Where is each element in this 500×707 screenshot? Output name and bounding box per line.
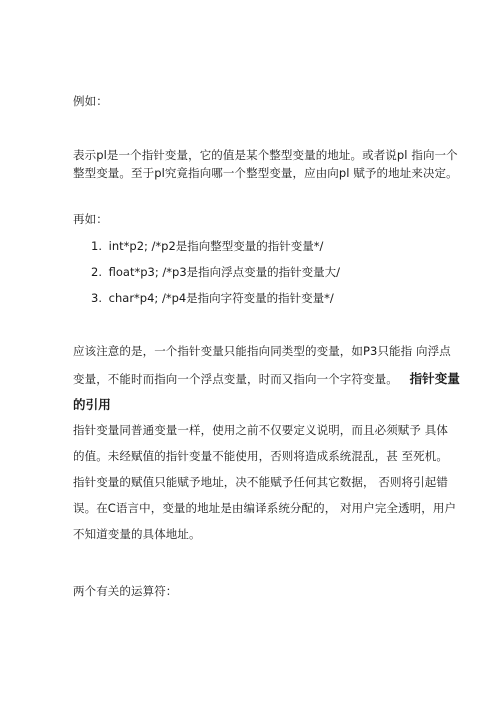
example2-label: 再如： [73, 211, 108, 227]
code-text: char*p4; /*p4是指向字符变量的指针变量*/ [109, 291, 334, 305]
paragraph-line: 不知道变量的具体地址。 [73, 526, 201, 542]
code-text: int*p2; /*p2是指向整型变量的指针变量*/ [109, 239, 324, 253]
list-number: 1. [91, 239, 105, 253]
paragraph-text: 变量，不能时而指向一个浮点变量，时而又指向一个字符变量。 [73, 372, 398, 386]
operators-label: 两个有关的运算符： [73, 583, 177, 599]
paragraph-line: 指针变量的赋值只能赋予地址，决不能赋予任何其它数据， 否则将引起错 [73, 474, 448, 490]
paragraph-line: 的值。未经赋值的指针变量不能使用，否则将造成系统混乱，甚 至死机。 [73, 448, 448, 464]
paragraph-line: 表示pl是一个指针变量，它的值是某个整型变量的地址。或者说pl 指向一个 [73, 147, 458, 163]
list-item: 3. char*p4; /*p4是指向字符变量的指针变量*/ [91, 290, 334, 306]
list-number: 3. [91, 291, 105, 305]
paragraph-line: 应该注意的是，一个指针变量只能指向同类型的变量，如P3只能指 向浮点 [73, 343, 451, 359]
paragraph-line: 指针变量同普通变量一样，使用之前不仅要定义说明，而且必须赋予 具体 [73, 422, 448, 438]
list-number: 2. [91, 265, 105, 279]
list-item: 2. float*p3; /*p3是指向浮点变量的指针变量大/ [91, 264, 340, 280]
paragraph-line: 变量，不能时而指向一个浮点变量，时而又指向一个字符变量。 指针变量 [73, 369, 460, 387]
example-label: 例如： [73, 93, 108, 109]
section-heading: 指针变量 [410, 371, 460, 386]
paragraph-line: 误。在C语言中，变量的地址是由编译系统分配的， 对用户完全透明，用户 [73, 500, 456, 516]
paragraph-line: 整型变量。至于pl究竟指向哪一个整型变量，应由向pl 赋予的地址来决定。 [73, 165, 458, 181]
code-text: float*p3; /*p3是指向浮点变量的指针变量大/ [109, 265, 340, 279]
list-item: 1. int*p2; /*p2是指向整型变量的指针变量*/ [91, 238, 323, 254]
section-heading: 的引用 [73, 395, 111, 413]
